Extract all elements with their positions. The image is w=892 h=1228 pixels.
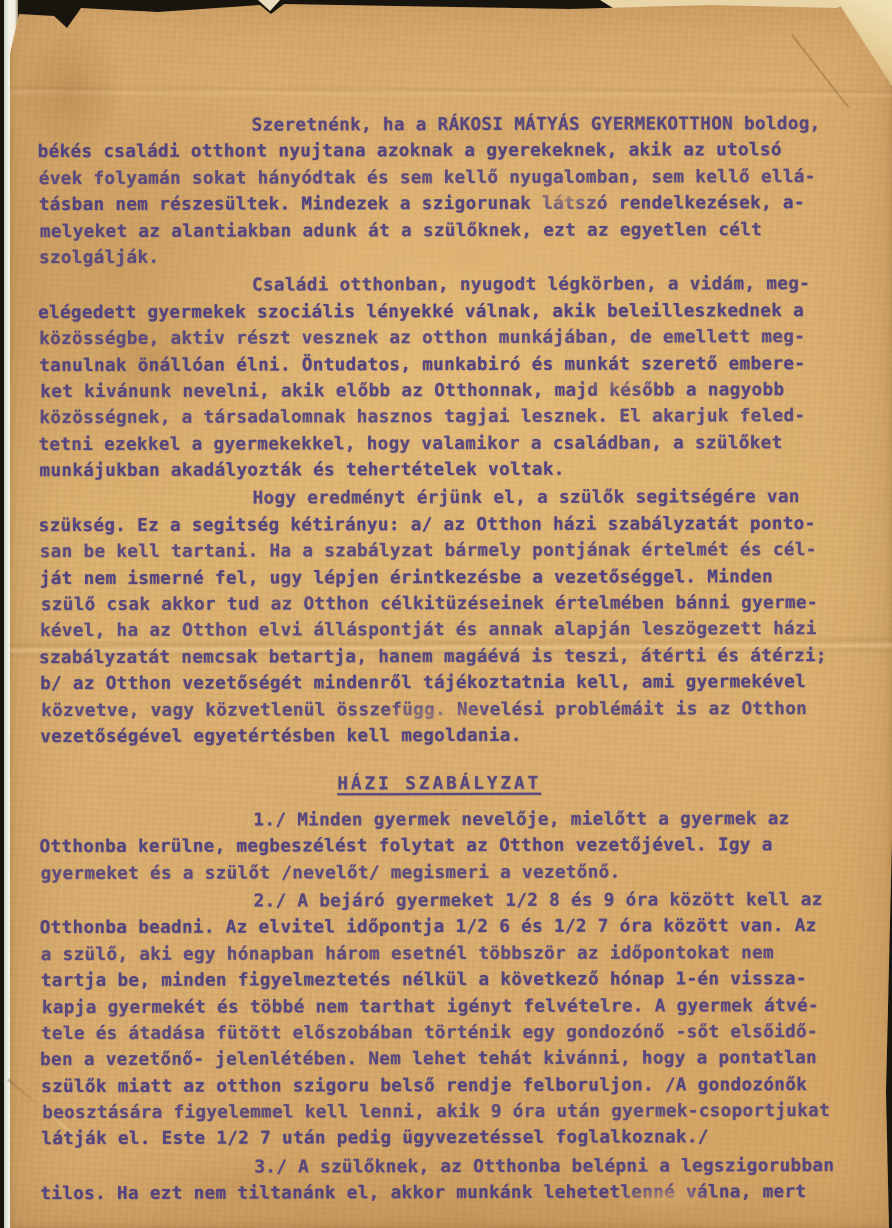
document-line: gyermeket és a szülőt /nevelőt/ megismer…	[41, 858, 867, 887]
document-line: látják el. Este 1/2 7 után pedig ügyveze…	[41, 1124, 867, 1153]
section-heading: HÁZI SZABÁLYZAT	[40, 770, 866, 799]
document-line: a szülő, aki egy hónapban három esetnél …	[41, 940, 867, 969]
paragraph: 2./ A bejáró gyermeket 1/2 8 és 9 óra kö…	[41, 887, 868, 1153]
document-line: szülők miatt az otthon szigoru belső ren…	[41, 1072, 867, 1101]
document-line: szülő csak akkor tud az Otthon célkitüzé…	[41, 590, 867, 619]
document-line: san be kell tartani. Ha a szabályzat bár…	[40, 537, 866, 566]
document-line: ben a vezetőnő- jelenlétében. Nem lehet …	[40, 1045, 866, 1074]
document-line: 3./ A szülőknek, az Otthonba belépni a l…	[42, 1153, 868, 1182]
document-line: Otthonba beadni. Az elvitel időpontja 1/…	[40, 913, 866, 942]
document-line: Szeretnénk, ha a RÁKOSI MÁTYÁS GYERMEKOT…	[40, 111, 866, 140]
document-line: közösségbe, aktiv részt vesznek az ottho…	[39, 324, 865, 353]
document-line: kapja gyermekét és többé nem tarthat igé…	[42, 992, 868, 1021]
document-line: beosztására figyelemmel kell lenni, akik…	[42, 1098, 868, 1127]
paragraph: 1./ Minden gyermek nevelője, mielőtt a g…	[40, 806, 866, 887]
document-line: tartja be, minden figyelmeztetés nélkül …	[41, 966, 867, 995]
document-line: melyeket az alantiakban adunk át a szülő…	[40, 216, 866, 245]
paragraph: Családi otthonban, nyugodt légkörben, a …	[39, 271, 866, 484]
document-line: közösségnek, a társadalomnak hasznos tag…	[39, 403, 865, 432]
document-line: szükség. Ez a segitség kétirányu: a/ az …	[39, 511, 865, 540]
heading-line: HÁZI SZABÁLYZAT	[41, 770, 867, 799]
document-line: Hogy eredményt érjünk el, a szülők segit…	[41, 484, 867, 513]
document-line: tanulnak önállóan élni. Öntudatos, munka…	[39, 350, 865, 379]
document-line: ket kivánunk nevelni, akik előbb az Otth…	[40, 377, 866, 406]
document-line: Családi otthonban, nyugodt légkörben, a …	[40, 271, 866, 300]
paragraph: Szeretnénk, ha a RÁKOSI MÁTYÁS GYERMEKOT…	[39, 111, 865, 272]
document-line: munkájukban akadályozták és tehertételek…	[39, 456, 865, 485]
document-line: kével, ha az Otthon elvi álláspontját és…	[40, 616, 866, 645]
document-line: tilos. Ha ezt nem tiltanánk el, akkor mu…	[40, 1179, 866, 1208]
paragraph: Hogy eredményt érjünk el, a szülők segit…	[40, 484, 867, 750]
document-line: tetni ezekkel a gyermekekkel, hogy valam…	[38, 430, 864, 459]
document-line: elégedett gyermekek szociális lényekké v…	[38, 298, 864, 327]
document-line: vezetőségével egyetértésben kell megolda…	[40, 722, 866, 751]
document-line: b/ az Otthon vezetőségét mindenről tájék…	[40, 669, 866, 698]
document-line: ját nem ismerné fel, ugy lépjen érintkez…	[40, 564, 866, 593]
paragraph: 3./ A szülőknek, az Otthonba belépni a l…	[41, 1153, 867, 1208]
document-line: közvetve, vagy közvetlenül összefügg. Ne…	[41, 696, 867, 725]
document-line: tásban nem részesültek. Mindezek a szigo…	[39, 190, 865, 219]
document-line: 2./ A bejáró gyermeket 1/2 8 és 9 óra kö…	[42, 887, 868, 916]
document-line: békés családi otthont nyujtana azoknak a…	[38, 137, 864, 166]
document-line: tele és átadása fütött előszobában törté…	[41, 1019, 867, 1048]
document-text: Szeretnénk, ha a RÁKOSI MÁTYÁS GYERMEKOT…	[39, 111, 868, 1208]
document-line: szolgálják.	[39, 243, 865, 272]
document-line: szabályzatát nemcsak betartja, hanem mag…	[39, 643, 865, 672]
document-line: 1./ Minden gyermek nevelője, mielőtt a g…	[41, 806, 867, 835]
document-line: Otthonba kerülne, megbeszélést folytat a…	[39, 832, 865, 861]
document-line: évek folyamán sokat hányódtak és sem kel…	[39, 164, 865, 193]
